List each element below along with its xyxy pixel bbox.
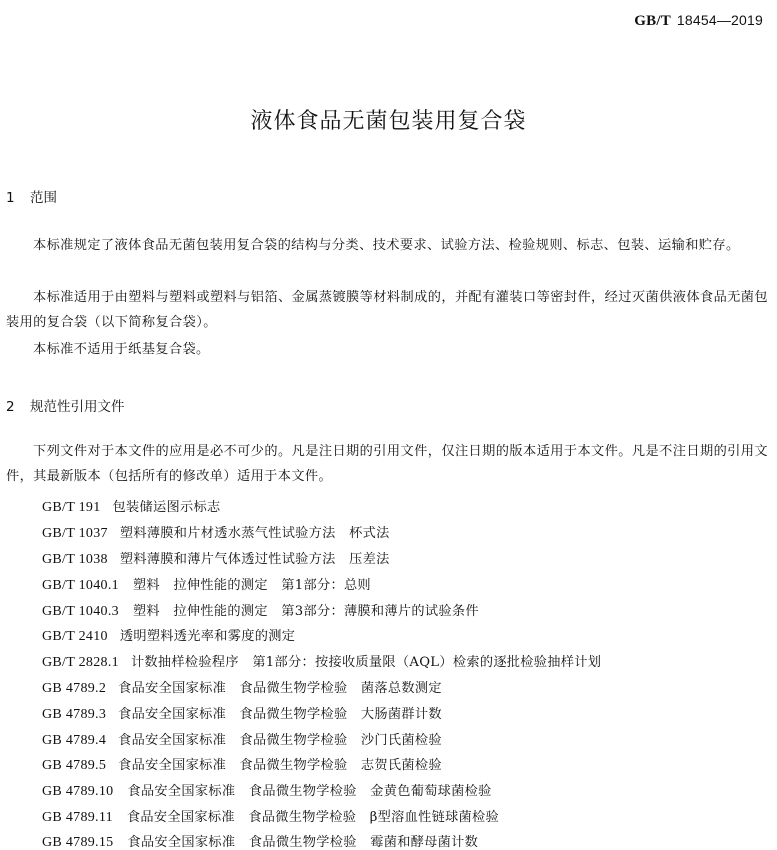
reference-item: GB 4789.15食品安全国家标准 食品微生物学检验 霉菌和酵母菌计数: [42, 831, 478, 850]
reference-item: GB/T 1040.1塑料 拉伸性能的测定 第1部分：总则: [42, 574, 371, 594]
reference-title: 食品安全国家标准 食品微生物学检验 金黄色葡萄球菌检验: [127, 784, 491, 799]
reference-title: 食品安全国家标准 食品微生物学检验 菌落总数测定: [118, 681, 442, 696]
reference-item: GB 4789.3食品安全国家标准 食品微生物学检验 大肠菌群计数: [42, 703, 442, 723]
reference-item: GB 4789.2食品安全国家标准 食品微生物学检验 菌落总数测定: [42, 677, 442, 697]
reference-item: GB/T 191包装储运图示标志: [42, 496, 220, 516]
reference-code: GB 4789.2: [42, 681, 106, 696]
reference-code: GB/T 1040.3: [42, 604, 119, 619]
reference-title: 包装储运图示标志: [113, 500, 221, 515]
reference-code: GB/T 2410: [42, 629, 108, 644]
scope-paragraph-2: 本标准适用于由塑料与塑料或塑料与铝箔、金属蒸镀膜等材料制成的，并配有灌装口等密封…: [6, 285, 768, 335]
reference-item: GB 4789.4食品安全国家标准 食品微生物学检验 沙门氏菌检验: [42, 729, 442, 749]
reference-code: GB/T 1037: [42, 526, 108, 541]
reference-code: GB/T 191: [42, 500, 101, 515]
scope-paragraph-1: 本标准规定了液体食品无菌包装用复合袋的结构与分类、技术要求、试验方法、检验规则、…: [6, 233, 768, 258]
section-title: 范围: [30, 190, 57, 206]
section-heading-scope: 1范围: [6, 186, 57, 206]
reference-code: GB/T 1040.1: [42, 578, 119, 593]
reference-code: GB 4789.10: [42, 784, 113, 799]
reference-code: GB 4789.5: [42, 758, 106, 773]
reference-code: GB 4789.15: [42, 835, 113, 850]
reference-code: GB/T 2828.1: [42, 655, 119, 670]
section-heading-normative-references: 2规范性引用文件: [6, 395, 125, 415]
reference-title: 食品安全国家标准 食品微生物学检验 沙门氏菌检验: [118, 733, 442, 748]
reference-title: 塑料 拉伸性能的测定 第3部分：薄膜和薄片的试验条件: [133, 604, 479, 619]
reference-title: 计数抽样检验程序 第1部分：按接收质量限（AQL）检索的逐批检验抽样计划: [131, 655, 601, 670]
reference-code: GB 4789.4: [42, 733, 106, 748]
reference-title: 食品安全国家标准 食品微生物学检验 霉菌和酵母菌计数: [127, 835, 478, 850]
reference-title: 食品安全国家标准 食品微生物学检验 大肠菌群计数: [118, 707, 442, 722]
reference-code: GB 4789.3: [42, 707, 106, 722]
standard-number: 18454—2019: [677, 12, 763, 28]
reference-code: GB 4789.11: [42, 810, 113, 825]
section-number: 1: [6, 190, 30, 206]
references-intro-paragraph: 下列文件对于本文件的应用是必不可少的。凡是注日期的引用文件，仅注日期的版本适用于…: [6, 439, 768, 489]
reference-title: 食品安全国家标准 食品微生物学检验 志贺氏菌检验: [118, 758, 442, 773]
reference-item: GB/T 2828.1计数抽样检验程序 第1部分：按接收质量限（AQL）检索的逐…: [42, 651, 601, 671]
reference-item: GB 4789.10食品安全国家标准 食品微生物学检验 金黄色葡萄球菌检验: [42, 780, 492, 800]
reference-title: 塑料薄膜和片材透水蒸气性试验方法 杯式法: [120, 526, 390, 541]
reference-item: GB/T 1040.3塑料 拉伸性能的测定 第3部分：薄膜和薄片的试验条件: [42, 600, 479, 620]
reference-title: 塑料薄膜和薄片气体透过性试验方法 压差法: [120, 552, 390, 567]
reference-item: GB/T 1037塑料薄膜和片材透水蒸气性试验方法 杯式法: [42, 522, 390, 542]
section-title: 规范性引用文件: [30, 399, 125, 415]
section-number: 2: [6, 399, 30, 415]
reference-title: 透明塑料透光率和雾度的测定: [120, 629, 295, 644]
document-title: 液体食品无菌包装用复合袋: [0, 104, 777, 135]
reference-code: GB/T 1038: [42, 552, 108, 567]
scope-paragraph-3: 本标准不适用于纸基复合袋。: [6, 337, 768, 362]
reference-title: 塑料 拉伸性能的测定 第1部分：总则: [133, 578, 371, 593]
standard-prefix: GB/T: [634, 13, 671, 29]
reference-item: GB/T 2410透明塑料透光率和雾度的测定: [42, 625, 295, 645]
reference-item: GB 4789.11食品安全国家标准 食品微生物学检验 β型溶血性链球菌检验: [42, 806, 499, 826]
reference-item: GB 4789.5食品安全国家标准 食品微生物学检验 志贺氏菌检验: [42, 754, 442, 774]
reference-item: GB/T 1038塑料薄膜和薄片气体透过性试验方法 压差法: [42, 548, 390, 568]
standard-code: GB/T18454—2019: [634, 12, 763, 30]
reference-title: 食品安全国家标准 食品微生物学检验 β型溶血性链球菌检验: [127, 810, 499, 825]
